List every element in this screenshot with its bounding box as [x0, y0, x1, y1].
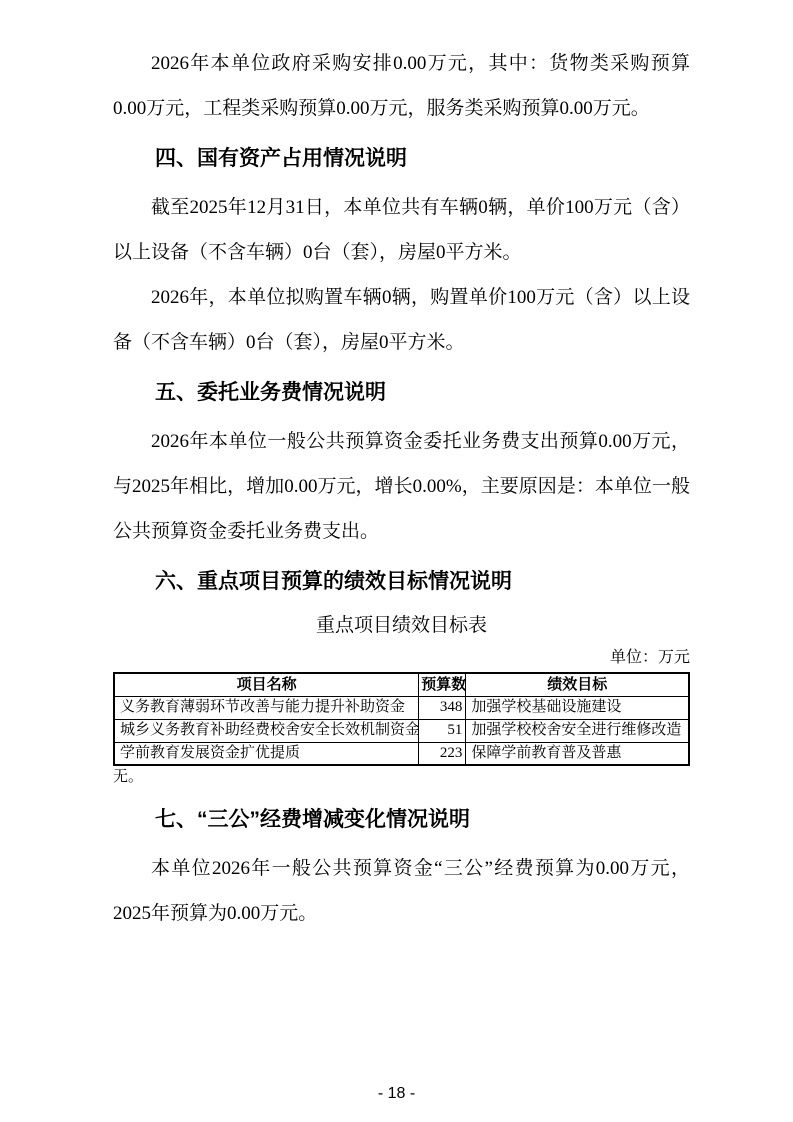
performance-target-cell: 加强学校基础设施建设	[466, 696, 689, 719]
project-name-cell: 学前教育发展资金扩优提质	[114, 742, 419, 765]
table-row: 城乡义务教育补助经费校舍安全长效机制资金 51 加强学校校舍安全进行维修改造	[114, 719, 689, 742]
performance-target-cell: 保障学前教育普及普惠	[466, 742, 689, 765]
performance-target-cell: 加强学校校舍安全进行维修改造	[466, 719, 689, 742]
section5-paragraph-1: 2026年本单位一般公共预算资金委托业务费支出预算0.00万元，与2025年相比…	[113, 419, 690, 554]
section4-paragraph-2: 2026年，本单位拟购置车辆0辆，购置单价100万元（含）以上设备（不含车辆）0…	[113, 275, 690, 365]
budget-amount-cell: 348	[419, 696, 466, 719]
section7-heading: 七、“三公”经费增减变化情况说明	[113, 797, 690, 842]
column-header-budget-amount: 预算数	[419, 673, 466, 696]
budget-amount-cell: 51	[419, 719, 466, 742]
section4-heading: 四、国有资产占用情况说明	[113, 136, 690, 181]
table-unit-label: 单位：万元	[113, 644, 690, 672]
column-header-project-name: 项目名称	[114, 673, 419, 696]
note-after-table: 无。	[113, 766, 690, 789]
document-page: 2026年本单位政府采购安排0.00万元，其中：货物类采购预算0.00万元，工程…	[0, 0, 793, 1122]
project-name-cell: 义务教育薄弱环节改善与能力提升补助资金	[114, 696, 419, 719]
table-row: 学前教育发展资金扩优提质 223 保障学前教育普及普惠	[114, 742, 689, 765]
section6-heading: 六、重点项目预算的绩效目标情况说明	[113, 559, 690, 604]
procurement-paragraph: 2026年本单位政府采购安排0.00万元，其中：货物类采购预算0.00万元，工程…	[113, 41, 690, 131]
performance-table-title: 重点项目绩效目标表	[113, 608, 690, 644]
page-number: - 18 -	[0, 1084, 793, 1104]
budget-amount-cell: 223	[419, 742, 466, 765]
section7-paragraph-1: 本单位2026年一般公共预算资金“三公”经费预算为0.00万元，2025年预算为…	[113, 846, 690, 936]
section5-heading: 五、委托业务费情况说明	[113, 370, 690, 415]
section4-paragraph-1: 截至2025年12月31日，本单位共有车辆0辆，单价100万元（含）以上设备（不…	[113, 185, 690, 275]
project-name-cell: 城乡义务教育补助经费校舍安全长效机制资金	[114, 719, 419, 742]
document-content: 2026年本单位政府采购安排0.00万元，其中：货物类采购预算0.00万元，工程…	[113, 41, 690, 936]
table-row: 义务教育薄弱环节改善与能力提升补助资金 348 加强学校基础设施建设	[114, 696, 689, 719]
performance-target-table: 项目名称 预算数 绩效目标 义务教育薄弱环节改善与能力提升补助资金 348 加强…	[113, 672, 690, 766]
table-header-row: 项目名称 预算数 绩效目标	[114, 673, 689, 696]
column-header-performance-target: 绩效目标	[466, 673, 689, 696]
